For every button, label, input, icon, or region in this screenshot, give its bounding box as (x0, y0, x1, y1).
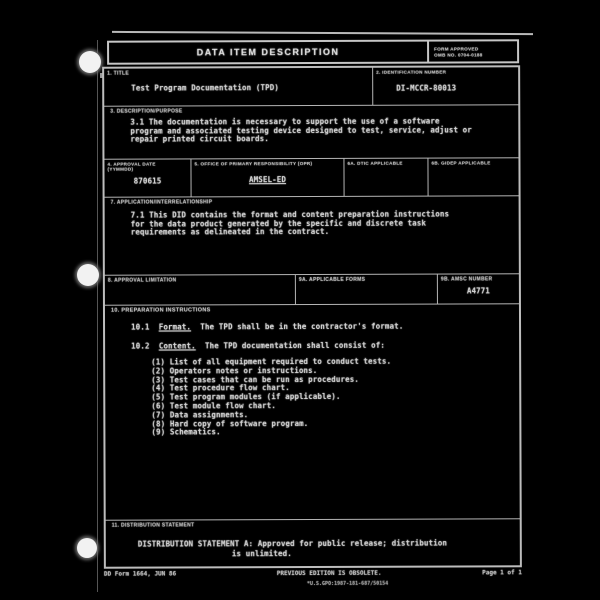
application-line: requirements as delineated in the contra… (131, 227, 513, 237)
field-opr: 5. OFFICE OF PRIMARY RESPONSIBILITY (OPR… (190, 159, 343, 197)
format-text: The TPD shall be in the contractor's for… (200, 322, 403, 332)
field-dtic: 6a. DTIC APPLICABLE (343, 159, 427, 196)
format-number: 10.1 (131, 323, 150, 332)
field-preparation-instructions: 10. PREPARATION INSTRUCTIONS 10.1 Format… (105, 304, 520, 520)
form-approved-box: Form Approved OMB No. 0704-0188 (427, 41, 517, 61)
field-title: 1. TITLE Test Program Documentation (TPD… (104, 68, 372, 106)
description-label: 3. DESCRIPTION/PURPOSE (110, 107, 512, 114)
preparation-label: 10. PREPARATION INSTRUCTIONS (111, 306, 513, 313)
gidep-label: 6b. GIDEP APPLICABLE (431, 160, 515, 165)
field-title-label: 1. TITLE (107, 70, 369, 77)
distribution-line1: DISTRIBUTION STATEMENT A: Approved for p… (138, 538, 514, 548)
format-term: Format. (159, 322, 191, 331)
content-number: 10.2 (131, 342, 150, 351)
field-amsc-number: 9b. AMSC NUMBER A4771 (437, 274, 519, 303)
footer-page-number: Page 1 of 1 (482, 569, 522, 576)
field-title-value: Test Program Documentation (TPD) (131, 83, 369, 93)
application-label: 7. APPLICATION/INTERRELATIONSHIP (111, 198, 513, 205)
approval-date-label2: (YYMMDD) (107, 166, 187, 171)
scanned-document-canvas: DATA ITEM DESCRIPTION Form Approved OMB … (0, 0, 600, 600)
field-distribution-statement: 11. DISTRIBUTION STATEMENT DISTRIBUTION … (106, 519, 520, 566)
form-approved-line1: Form Approved (434, 46, 517, 51)
form-footer: DD Form 1664, JUN 86 PREVIOUS EDITION IS… (104, 569, 522, 577)
dtic-label: 6a. DTIC APPLICABLE (347, 161, 424, 166)
footer-print-code: *U.S.GPO:1987-181-687/50154 (307, 581, 388, 587)
content-text: The TPD documentation shall consist of: (205, 341, 385, 351)
paper-left-edge (97, 40, 98, 592)
opr-label: 5. OFFICE OF PRIMARY RESPONSIBILITY (OPR… (194, 161, 340, 167)
did-form-page: DATA ITEM DESCRIPTION Form Approved OMB … (100, 35, 526, 596)
approval-date-value: 870615 (108, 176, 188, 185)
form-approved-line2: OMB No. 0704-0188 (434, 52, 517, 57)
row-approval-opr: 4. APPROVAL DATE (YYMMDD) 870615 5. OFFI… (104, 158, 518, 197)
content-item: (9) Schematics. (151, 428, 513, 438)
form-body-box: 1. TITLE Test Program Documentation (TPD… (102, 65, 522, 568)
content-item-list: (1) List of all equipment required to co… (151, 357, 513, 437)
form-title: DATA ITEM DESCRIPTION (109, 42, 427, 63)
footer-form-number: DD Form 1664, JUN 86 (104, 570, 176, 577)
field-id-number: 2. IDENTIFICATION NUMBER DI-MCCR-80013 (372, 67, 518, 105)
applicable-forms-label: 9a. APPLICABLE FORMS (299, 277, 434, 283)
distribution-line2: is unlimited. (232, 548, 514, 558)
punch-hole-middle (77, 264, 99, 286)
amsc-value: A4771 (441, 286, 516, 295)
form-header-box: DATA ITEM DESCRIPTION Form Approved OMB … (107, 39, 519, 64)
approval-limitation-label: 8. APPROVAL LIMITATION (108, 277, 292, 284)
row-limitation-forms-amsc: 8. APPROVAL LIMITATION 9a. APPLICABLE FO… (105, 274, 519, 305)
preparation-content-line: 10.2 Content. The TPD documentation shal… (131, 340, 513, 350)
footer-edition-note: PREVIOUS EDITION IS OBSOLETE. (277, 570, 382, 577)
field-applicable-forms: 9a. APPLICABLE FORMS (295, 275, 437, 304)
field-id-label: 2. IDENTIFICATION NUMBER (376, 69, 515, 74)
distribution-label: 11. DISTRIBUTION STATEMENT (112, 521, 514, 528)
punch-hole-bottom (77, 538, 97, 558)
preparation-format-line: 10.1 Format. The TPD shall be in the con… (131, 321, 513, 331)
field-description-purpose: 3. DESCRIPTION/PURPOSE 3.1 The documenta… (104, 105, 518, 159)
punch-hole-top (79, 51, 101, 73)
content-term: Content. (159, 341, 196, 350)
field-approval-date: 4. APPROVAL DATE (YYMMDD) 870615 (104, 159, 190, 196)
field-approval-limitation: 8. APPROVAL LIMITATION (105, 275, 295, 305)
amsc-label: 9b. AMSC NUMBER (441, 276, 516, 282)
field-id-value: DI-MCCR-80013 (396, 83, 515, 92)
row-title-id: 1. TITLE Test Program Documentation (TPD… (104, 67, 518, 106)
description-line: repair printed circuit boards. (130, 134, 512, 144)
opr-value: AMSEL-ED (195, 175, 341, 185)
field-gidep: 6b. GIDEP APPLICABLE (427, 158, 518, 195)
field-application: 7. APPLICATION/INTERRELATIONSHIP 7.1 Thi… (105, 196, 519, 275)
